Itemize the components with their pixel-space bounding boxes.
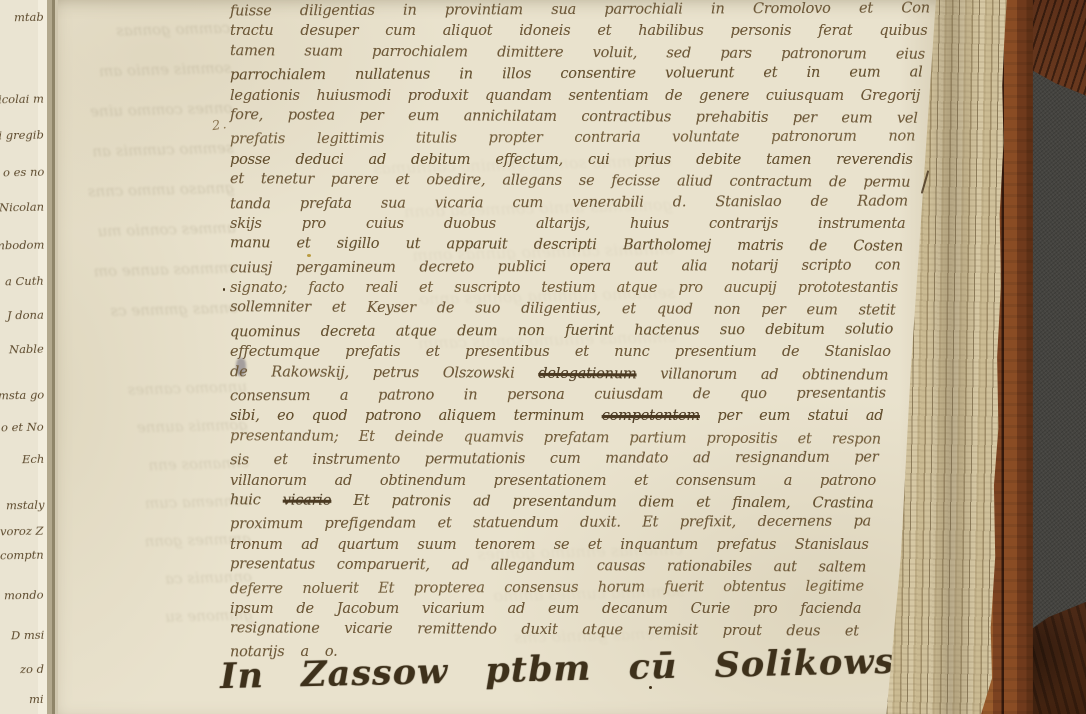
- manuscript-line: tronumadquartumsuumtenoremseetinquantump…: [230, 537, 869, 558]
- show-through-text: cammo gonnassommis ennio amonnes commo u…: [54, 8, 238, 332]
- ink-speck: [223, 288, 225, 291]
- manuscript-line: sibi,eoquodpatronoaliquemterminumcompete…: [230, 408, 883, 429]
- manuscript-line: ipsumdeJacobumvicariumadeumdecanumCuriep…: [230, 601, 861, 622]
- facing-page-text-fragment: mi: [29, 692, 44, 706]
- manuscript-line: tandaprefatasuavicariacumvenerabilid.Sta…: [230, 193, 908, 217]
- facing-page-text-fragment: Nable: [9, 342, 44, 357]
- manuscript-line: prefatislegittimistitulisproptercontrari…: [230, 129, 915, 153]
- manuscript-line: etteneturparereetobedire,alleganssefecis…: [230, 171, 910, 196]
- manuscript-line: sollemniteretKeyserdesuodiligentius,etqu…: [230, 300, 896, 325]
- manuscript-line: fuissediligentiasinprovintiamsuaparrochi…: [230, 0, 930, 24]
- facing-page-text-fragment: msta go: [0, 388, 44, 403]
- facing-page-text-fragment: D msi: [11, 628, 45, 643]
- manuscript-line: presentatuscomparuerit,adallegandumcausa…: [230, 556, 866, 581]
- facing-page-text-fragment: o es no: [3, 165, 45, 180]
- facing-page-text-fragment: mbodom: [0, 238, 44, 253]
- facing-page-text-fragment: Nicolan: [0, 200, 44, 215]
- manuscript-line: proximumprefigendametstatuendumduxit.Etp…: [230, 514, 871, 538]
- manuscript-line: consensumapatronoinpersonacuiusdamdequop…: [230, 386, 886, 410]
- manuscript-line: quominusdecretaatquedeumnonfuerinthacten…: [230, 321, 893, 345]
- manuscript-line: sisetinstrumentopermutationiscummandatoa…: [230, 450, 879, 474]
- manuscript-line: resignationevicarieremittendoduxitatquer…: [230, 621, 859, 646]
- manuscript-line: cuiusjpergamineumdecretopublicioperaauta…: [230, 257, 901, 281]
- facing-page-text-fragment: o et No: [1, 420, 44, 435]
- facing-page-text-fragment: a Cuth: [5, 274, 44, 289]
- manuscript-page: cammo gonnassommis ennio amonnes commo u…: [44, 0, 944, 714]
- facing-page-text-fragment: mtab: [14, 10, 44, 25]
- manuscript-line: deferrenolueritEtproptereaconsensushorum…: [230, 578, 864, 602]
- manuscript-line: villanorumadobtinendumpresentationemetco…: [230, 473, 876, 494]
- manuscript-line: possededuciaddebitumeffectum,cuipriusdeb…: [230, 152, 913, 173]
- manuscript-line: skijsprocuiusduobusaltarijs,huiuscontrar…: [230, 216, 906, 237]
- facing-page-text-fragment: J dona: [7, 308, 44, 323]
- margin-number: 2.: [211, 117, 229, 134]
- facing-page-text-fragment: comptn: [0, 548, 44, 563]
- manuscript-line: manuetsigilloutapparuitdescriptiBartholo…: [230, 236, 903, 261]
- facing-page-text-fragment: Nicolai m: [0, 92, 44, 107]
- manuscript-line: tractudesupercumaliquotidoneisethabilibu…: [230, 23, 928, 44]
- facing-page-text-fragment: Ech: [22, 452, 44, 466]
- text-block: fuissediligentiasinprovintiamsuaparrochi…: [230, 2, 930, 665]
- manuscript-line: signato;factorealietsuscriptotestiumatqu…: [230, 280, 898, 301]
- show-through-text: unnomo cannesgommis aunnecnnamos ennsonn…: [61, 368, 254, 639]
- manuscript-photo: cammo gonnassommis ennio amonnes commo u…: [0, 0, 1086, 714]
- manuscript-line: effectumqueprefatisetpresentibusetnuncpr…: [230, 344, 891, 365]
- facing-page-edge: mtabNicolai mhi gregibo es noNicolanmbod…: [0, 0, 58, 714]
- manuscript-line: legationishuiusmodiproduxitquandamsenten…: [230, 88, 920, 109]
- facing-page-text-fragment: zo d: [20, 662, 44, 676]
- facing-page-text-fragment: mstaly: [5, 498, 44, 513]
- manuscript-line: parrochialemnullatenusinillosconsentirev…: [230, 65, 923, 89]
- facing-page-text-fragment: mondo: [4, 588, 44, 603]
- facing-page-text-fragment: voroz Z: [0, 524, 44, 539]
- facing-page-text-fragment: hi gregib: [0, 128, 44, 143]
